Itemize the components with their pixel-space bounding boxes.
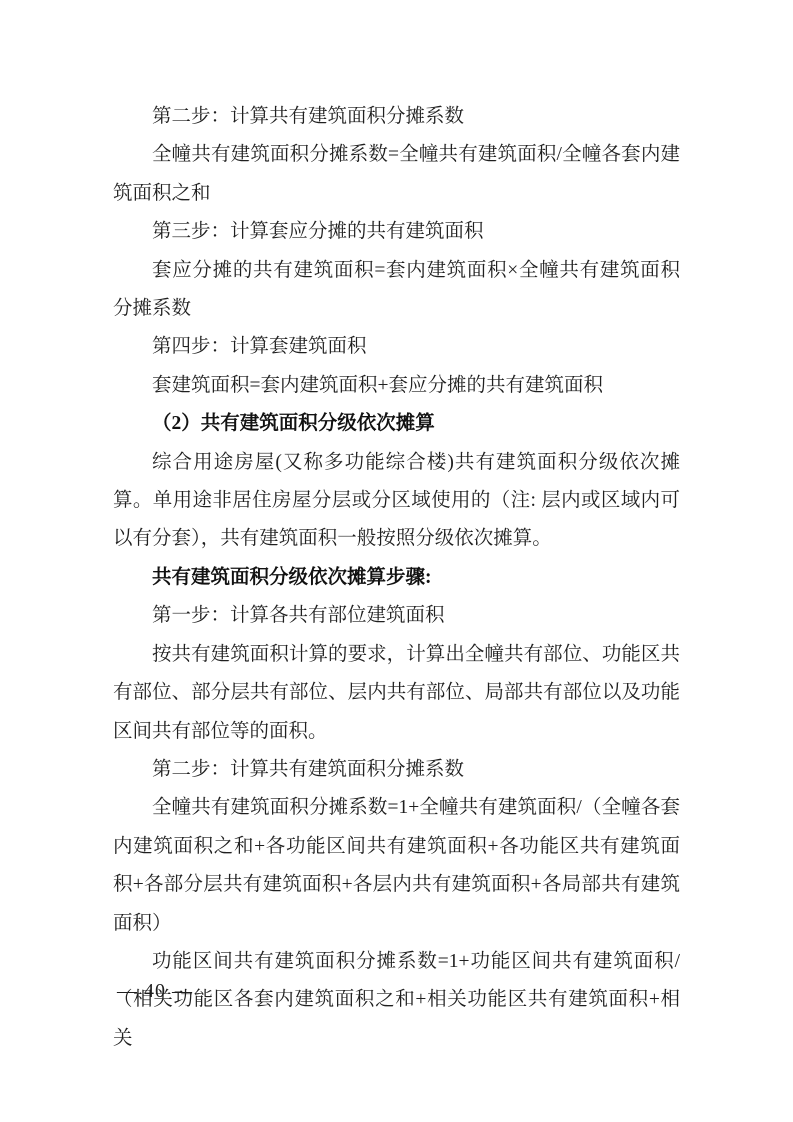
content-area: 第二步：计算共有建筑面积分摊系数全幢共有建筑面积分摊系数=全幢共有建筑面积/全幢…	[113, 98, 680, 1058]
page: 第二步：计算共有建筑面积分摊系数全幢共有建筑面积分摊系数=全幢共有建筑面积/全幢…	[0, 0, 793, 1122]
paragraph: 综合用途房屋(又称多功能综合楼)共有建筑面积分级依次摊算。单用途非居住房屋分层或…	[113, 444, 680, 559]
section-heading: （2）共有建筑面积分级依次摊算	[113, 405, 680, 443]
paragraph: 第二步：计算共有建筑面积分摊系数	[113, 751, 680, 789]
paragraph: 第四步：计算套建筑面积	[113, 328, 680, 366]
paragraph: 功能区间共有建筑面积分摊系数=1+功能区间共有建筑面积/（相关功能区各套内建筑面…	[113, 943, 680, 1058]
page-number: — 40 —	[117, 978, 193, 1004]
paragraph: 套应分摊的共有建筑面积=套内建筑面积×全幢共有建筑面积分摊系数	[113, 252, 680, 329]
paragraph: 第一步：计算各共有部位建筑面积	[113, 597, 680, 635]
paragraph: 全幢共有建筑面积分摊系数=全幢共有建筑面积/全幢各套内建筑面积之和	[113, 136, 680, 213]
paragraph: 套建筑面积=套内建筑面积+套应分摊的共有建筑面积	[113, 367, 680, 405]
paragraph: 全幢共有建筑面积分摊系数=1+全幢共有建筑面积/（全幢各套内建筑面积之和+各功能…	[113, 789, 680, 943]
paragraph: 第二步：计算共有建筑面积分摊系数	[113, 98, 680, 136]
paragraph: 第三步：计算套应分摊的共有建筑面积	[113, 213, 680, 251]
section-heading: 共有建筑面积分级依次摊算步骤:	[113, 559, 680, 597]
paragraph: 按共有建筑面积计算的要求，计算出全幢共有部位、功能区共有部位、部分层共有部位、层…	[113, 636, 680, 751]
